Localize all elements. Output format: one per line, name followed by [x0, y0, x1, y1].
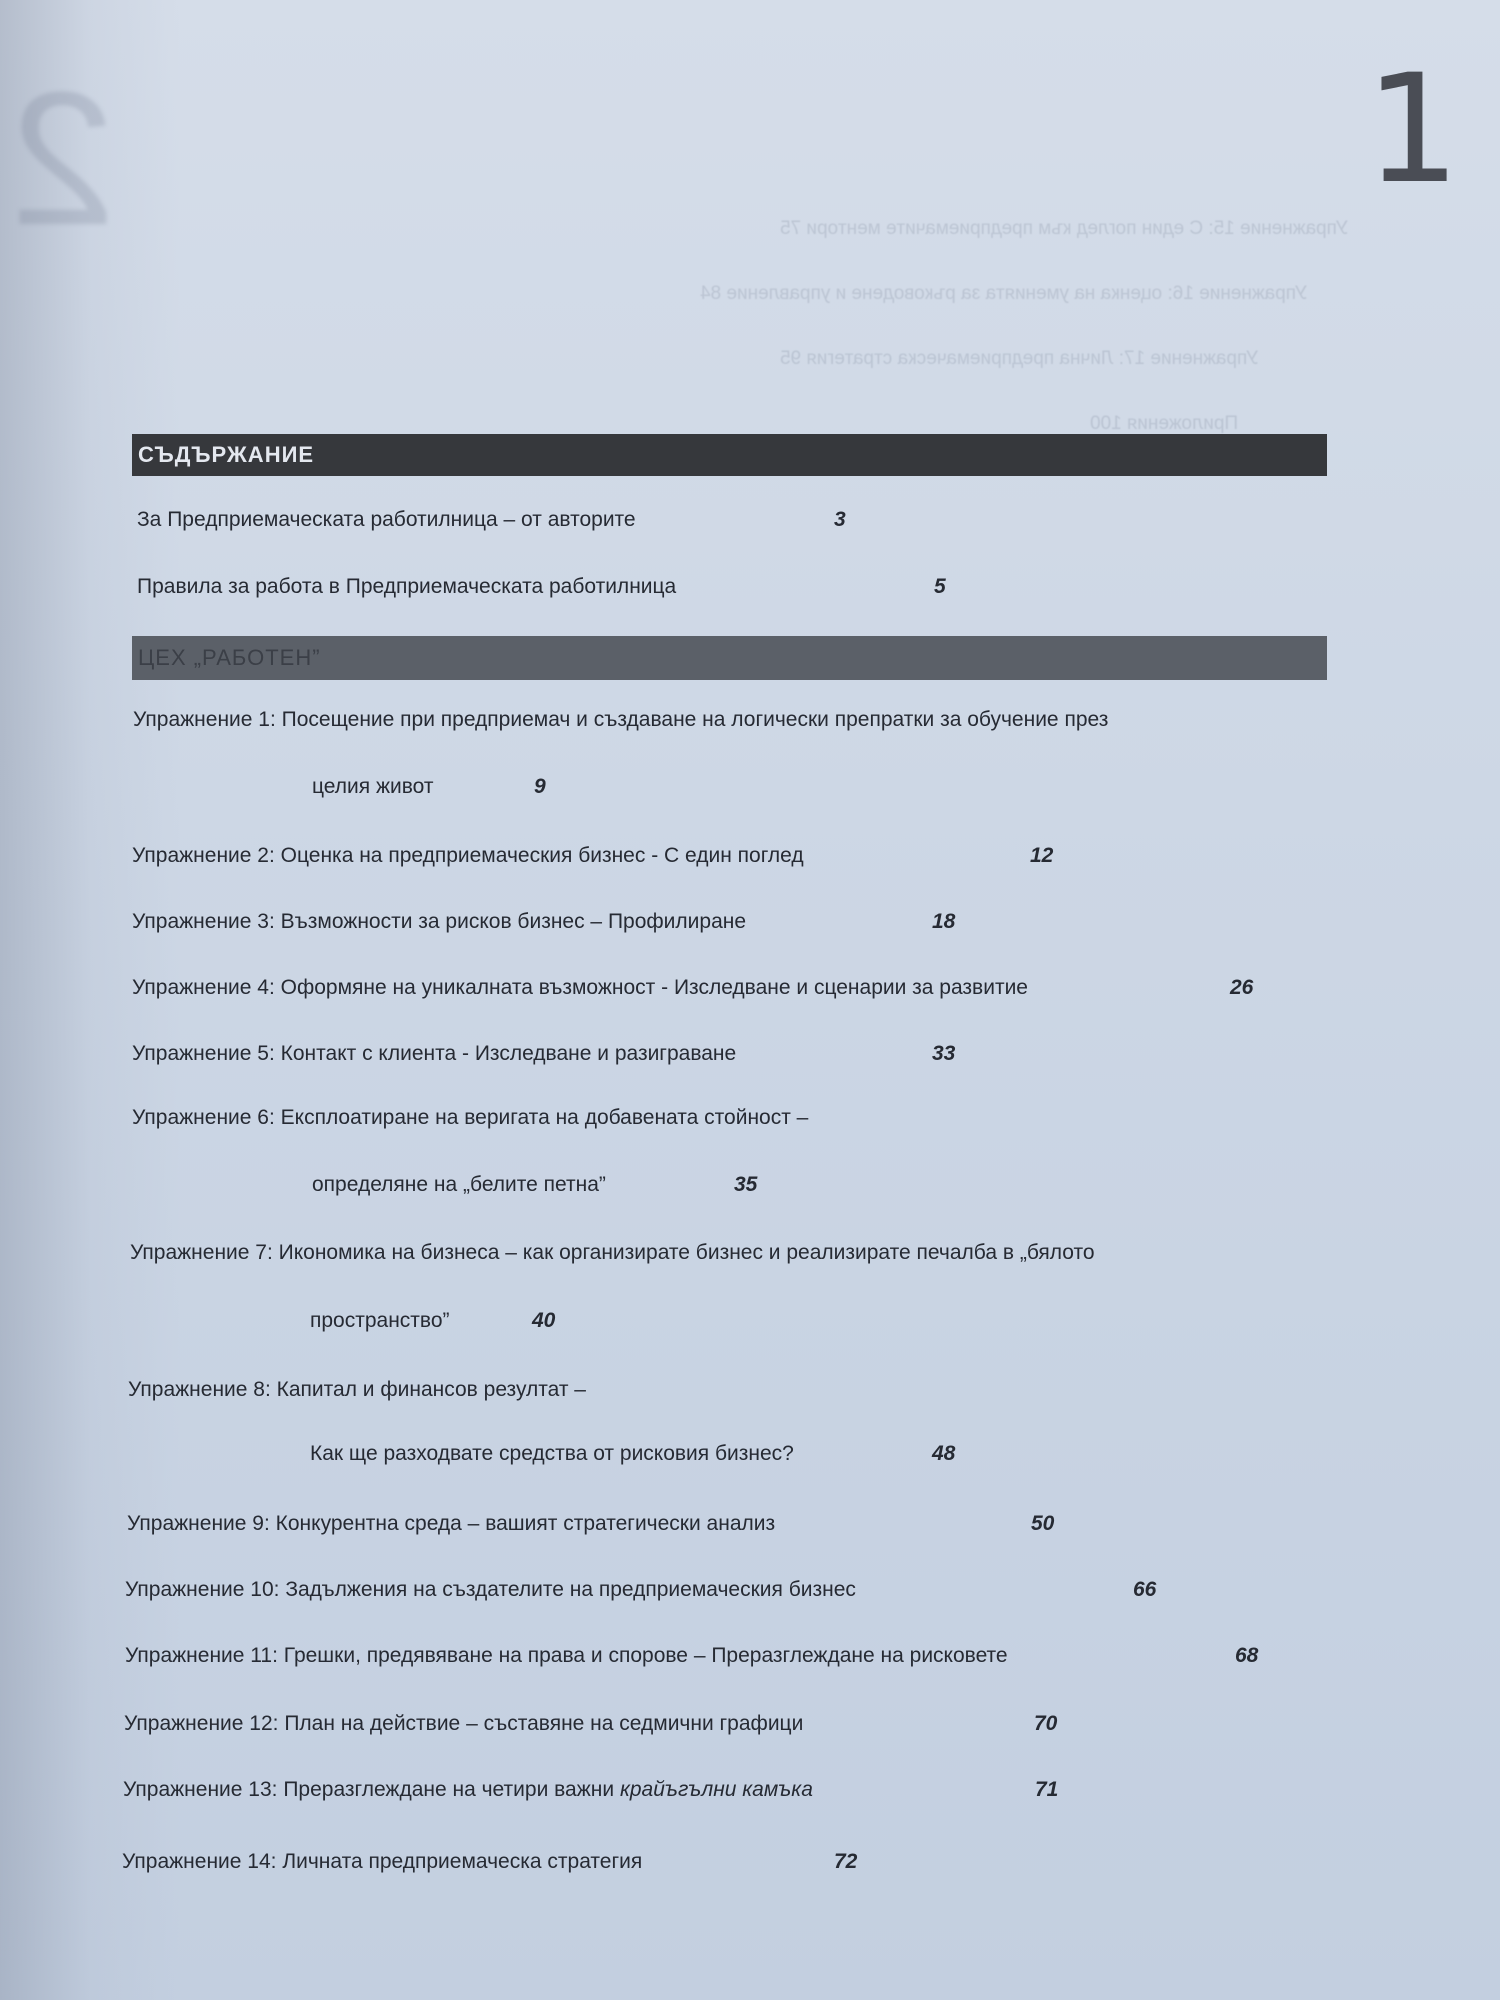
- bleed-through-line: Упражнение 15: С един поглед към предпри…: [780, 218, 1348, 240]
- toc-entry-exercise-7-cont[interactable]: пространство” 40: [310, 1309, 450, 1333]
- toc-entry-page: 48: [932, 1442, 955, 1466]
- toc-entry-title-cont: целия живот: [312, 775, 434, 798]
- toc-entry-title: Упражнение 13: Преразглеждане на четири …: [123, 1778, 620, 1801]
- toc-entry-page: 68: [1235, 1644, 1258, 1668]
- toc-entry-exercise-12[interactable]: Упражнение 12: План на действие – състав…: [124, 1712, 803, 1736]
- toc-entry-page: 40: [532, 1309, 555, 1333]
- section-title-bar: ЦЕХ „РАБОТЕН”: [132, 636, 1327, 680]
- toc-entry-exercise-9[interactable]: Упражнение 9: Конкурентна среда – вашият…: [127, 1512, 775, 1536]
- toc-entry-page: 18: [932, 910, 955, 934]
- toc-entry-exercise-13[interactable]: Упражнение 13: Преразглеждане на четири …: [123, 1778, 813, 1802]
- toc-entry-title: Упражнение 3: Възможности за рисков бизн…: [132, 910, 746, 933]
- toc-title: СЪДЪРЖАНИЕ: [138, 442, 314, 468]
- chapter-number: 1: [1365, 55, 1460, 205]
- toc-entry-title-cont: определяне на „белите петна”: [312, 1173, 606, 1196]
- toc-entry-exercise-14[interactable]: Упражнение 14: Личната предприемаческа с…: [122, 1850, 642, 1874]
- toc-entry-title-cont: пространство”: [310, 1309, 450, 1332]
- bleed-through-line: Приложения 100: [1090, 413, 1238, 435]
- toc-entry-exercise-1[interactable]: Упражнение 1: Посещение при предприемач …: [133, 708, 1108, 732]
- section-title: ЦЕХ „РАБОТЕН”: [138, 645, 321, 671]
- toc-entry-title: Упражнение 12: План на действие – състав…: [124, 1712, 803, 1735]
- toc-entry-title: Упражнение 9: Конкурентна среда – вашият…: [127, 1512, 775, 1535]
- toc-entry-page: 35: [734, 1173, 757, 1197]
- toc-entry-title: Упражнение 1: Посещение при предприемач …: [133, 708, 1108, 731]
- toc-entry-page: 3: [834, 508, 846, 532]
- toc-entry-title: Упражнение 4: Оформяне на уникалната въз…: [132, 976, 1028, 999]
- bleed-through-page-number: 2: [10, 50, 116, 268]
- toc-entry-exercise-5[interactable]: Упражнение 5: Контакт с клиента - Изслед…: [132, 1042, 736, 1066]
- toc-entry-exercise-8[interactable]: Упражнение 8: Капитал и финансов резулта…: [128, 1378, 586, 1402]
- toc-entry[interactable]: За Предприемаческата работилница – от ав…: [137, 508, 636, 532]
- toc-entry-title: Упражнение 11: Грешки, предявяване на пр…: [125, 1644, 1008, 1667]
- toc-entry-page: 5: [934, 575, 946, 599]
- toc-entry-page: 50: [1031, 1512, 1054, 1536]
- toc-entry-exercise-8-cont[interactable]: Как ще разходвате средства от рисковия б…: [310, 1442, 794, 1466]
- toc-entry-page: 66: [1133, 1578, 1156, 1602]
- toc-entry[interactable]: Правила за работа в Предприемаческата ра…: [137, 575, 676, 599]
- toc-entry-title: Упражнение 10: Задължения на създателите…: [125, 1578, 856, 1601]
- toc-entry-page: 26: [1230, 976, 1253, 1000]
- toc-entry-exercise-1-cont[interactable]: целия живот 9: [312, 775, 434, 799]
- toc-entry-page: 12: [1030, 844, 1053, 868]
- toc-entry-exercise-6-cont[interactable]: определяне на „белите петна” 35: [312, 1173, 606, 1197]
- toc-entry-exercise-11[interactable]: Упражнение 11: Грешки, предявяване на пр…: [125, 1644, 1008, 1668]
- toc-entry-title: За Предприемаческата работилница – от ав…: [137, 508, 636, 531]
- toc-entry-title: Правила за работа в Предприемаческата ра…: [137, 575, 676, 598]
- toc-entry-page: 72: [834, 1850, 857, 1874]
- toc-entry-title-cont: Как ще разходвате средства от рисковия б…: [310, 1442, 794, 1465]
- toc-entry-page: 33: [932, 1042, 955, 1066]
- toc-entry-title: Упражнение 8: Капитал и финансов резулта…: [128, 1378, 586, 1401]
- toc-entry-title: Упражнение 2: Оценка на предприемаческия…: [132, 844, 804, 867]
- toc-entry-title: Упражнение 14: Личната предприемаческа с…: [122, 1850, 642, 1873]
- toc-entry-exercise-4[interactable]: Упражнение 4: Оформяне на уникалната въз…: [132, 976, 1028, 1000]
- bleed-through-line: Упражнение 17: Лична предприемаческа стр…: [780, 348, 1258, 370]
- toc-entry-title: Упражнение 5: Контакт с клиента - Изслед…: [132, 1042, 736, 1065]
- toc-entry-exercise-10[interactable]: Упражнение 10: Задължения на създателите…: [125, 1578, 856, 1602]
- bleed-through-line: Упражнение 16: оценка на уменията за рък…: [700, 283, 1307, 305]
- toc-entry-exercise-3[interactable]: Упражнение 3: Възможности за рисков бизн…: [132, 910, 746, 934]
- toc-entry-exercise-6[interactable]: Упражнение 6: Експлоатиране на веригата …: [132, 1106, 808, 1130]
- toc-entry-title-italic: крайъгълни камъка: [620, 1778, 813, 1801]
- toc-entry-title: Упражнение 6: Експлоатиране на веригата …: [132, 1106, 808, 1129]
- toc-entry-title: Упражнение 7: Икономика на бизнеса – как…: [130, 1241, 1095, 1264]
- toc-entry-page: 70: [1034, 1712, 1057, 1736]
- toc-entry-page: 71: [1035, 1778, 1058, 1802]
- toc-title-bar: СЪДЪРЖАНИЕ: [132, 434, 1327, 476]
- toc-entry-exercise-7[interactable]: Упражнение 7: Икономика на бизнеса – как…: [130, 1241, 1095, 1265]
- toc-entry-exercise-2[interactable]: Упражнение 2: Оценка на предприемаческия…: [132, 844, 804, 868]
- document-page: 2 Упражнение 15: С един поглед към предп…: [0, 0, 1500, 2000]
- toc-entry-page: 9: [534, 775, 546, 799]
